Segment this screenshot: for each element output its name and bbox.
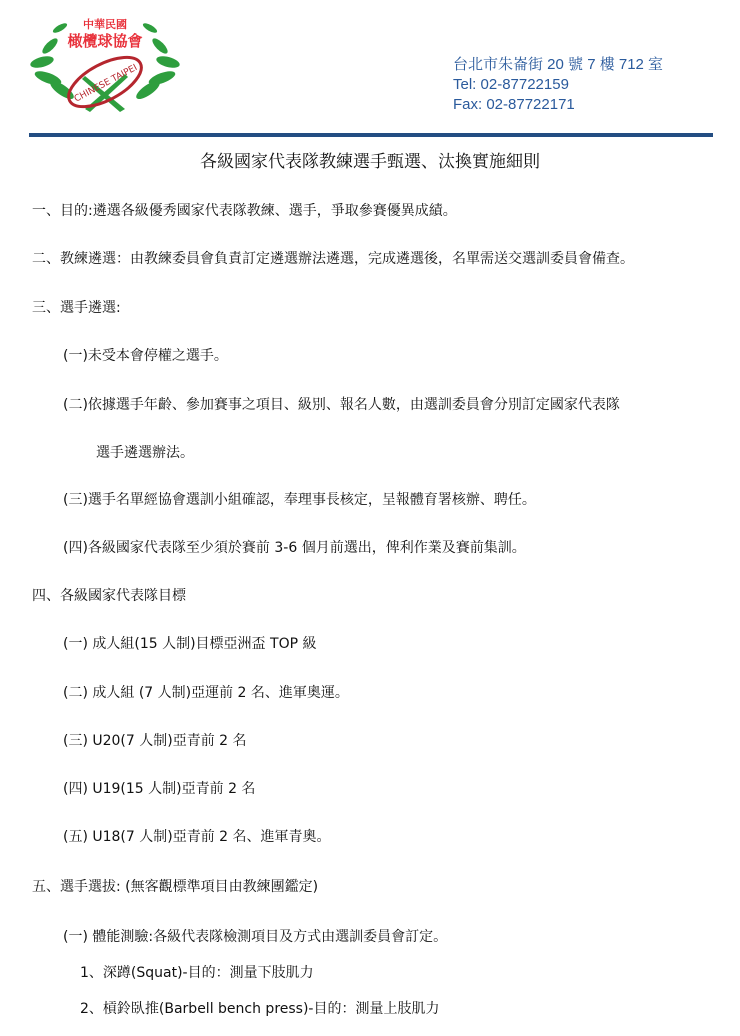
street-address: 台北市朱崙街 20 號 7 樓 712 室: [453, 55, 713, 75]
paragraph-line: (三) U20(7 人制)亞青前 2 名: [63, 731, 247, 751]
paragraph-line: (一) 成人組(15 人制)目標亞洲盃 TOP 級: [63, 634, 316, 654]
paragraph-line: 2、槓鈴臥推(Barbell bench press)-目的：測量上肢肌力: [80, 999, 439, 1019]
paragraph-line: (一) 體能測驗:各級代表隊檢測項目及方式由選訓委員會訂定。: [63, 927, 447, 947]
paragraph-line: 1、深蹲(Squat)-目的：測量下肢肌力: [80, 963, 314, 983]
paragraph-line: 四、各級國家代表隊目標: [32, 586, 186, 606]
contact-address-block: 台北市朱崙街 20 號 7 樓 712 室 Tel: 02-87722159 F…: [453, 55, 713, 110]
paragraph-line: (二)依據選手年齡、參加賽事之項目、級別、報名人數，由選訓委員會分別訂定國家代表…: [63, 395, 620, 415]
paragraph-line: (三)選手名單經協會選訓小組確認，奉理事長核定，呈報體育署核辦、聘任。: [63, 490, 536, 510]
header-divider: [29, 133, 713, 137]
paragraph-line: 五、選手選拔: (無客觀標準項目由教練團鑑定): [32, 877, 318, 897]
paragraph-line: 一、目的:遴選各級優秀國家代表隊教練、選手，爭取參賽優異成績。: [32, 201, 457, 221]
paragraph-line: (五) U18(7 人制)亞青前 2 名、進軍青奧。: [63, 827, 331, 847]
svg-text:中華民國: 中華民國: [83, 17, 127, 31]
paragraph-line: (二) 成人組 (7 人制)亞運前 2 名、進軍奧運。: [63, 683, 349, 703]
paragraph-line: 選手遴選辦法。: [96, 443, 194, 463]
svg-text:橄欖球協會: 橄欖球協會: [67, 32, 142, 50]
paragraph-line: 二、教練遴選：由教練委員會負責訂定遴選辦法遴選，完成遴選後，名單需送交選訓委員會…: [32, 249, 634, 269]
document-title: 各級國家代表隊教練選手甄選、汰換實施細則: [0, 150, 740, 174]
paragraph-line: (一)未受本會停權之選手。: [63, 346, 228, 366]
paragraph-line: (四)各級國家代表隊至少須於賽前 3-6 個月前選出，俾利作業及賽前集訓。: [63, 538, 526, 558]
telephone: Tel: 02-87722159: [453, 75, 713, 95]
association-logo: 中華民國 橄欖球協會 CHINESE TAIPEI: [30, 14, 180, 114]
paragraph-line: (四) U19(15 人制)亞青前 2 名: [63, 779, 255, 799]
paragraph-line: 三、選手遴選:: [32, 298, 121, 318]
fax: Fax: 02-87722171: [453, 95, 713, 110]
